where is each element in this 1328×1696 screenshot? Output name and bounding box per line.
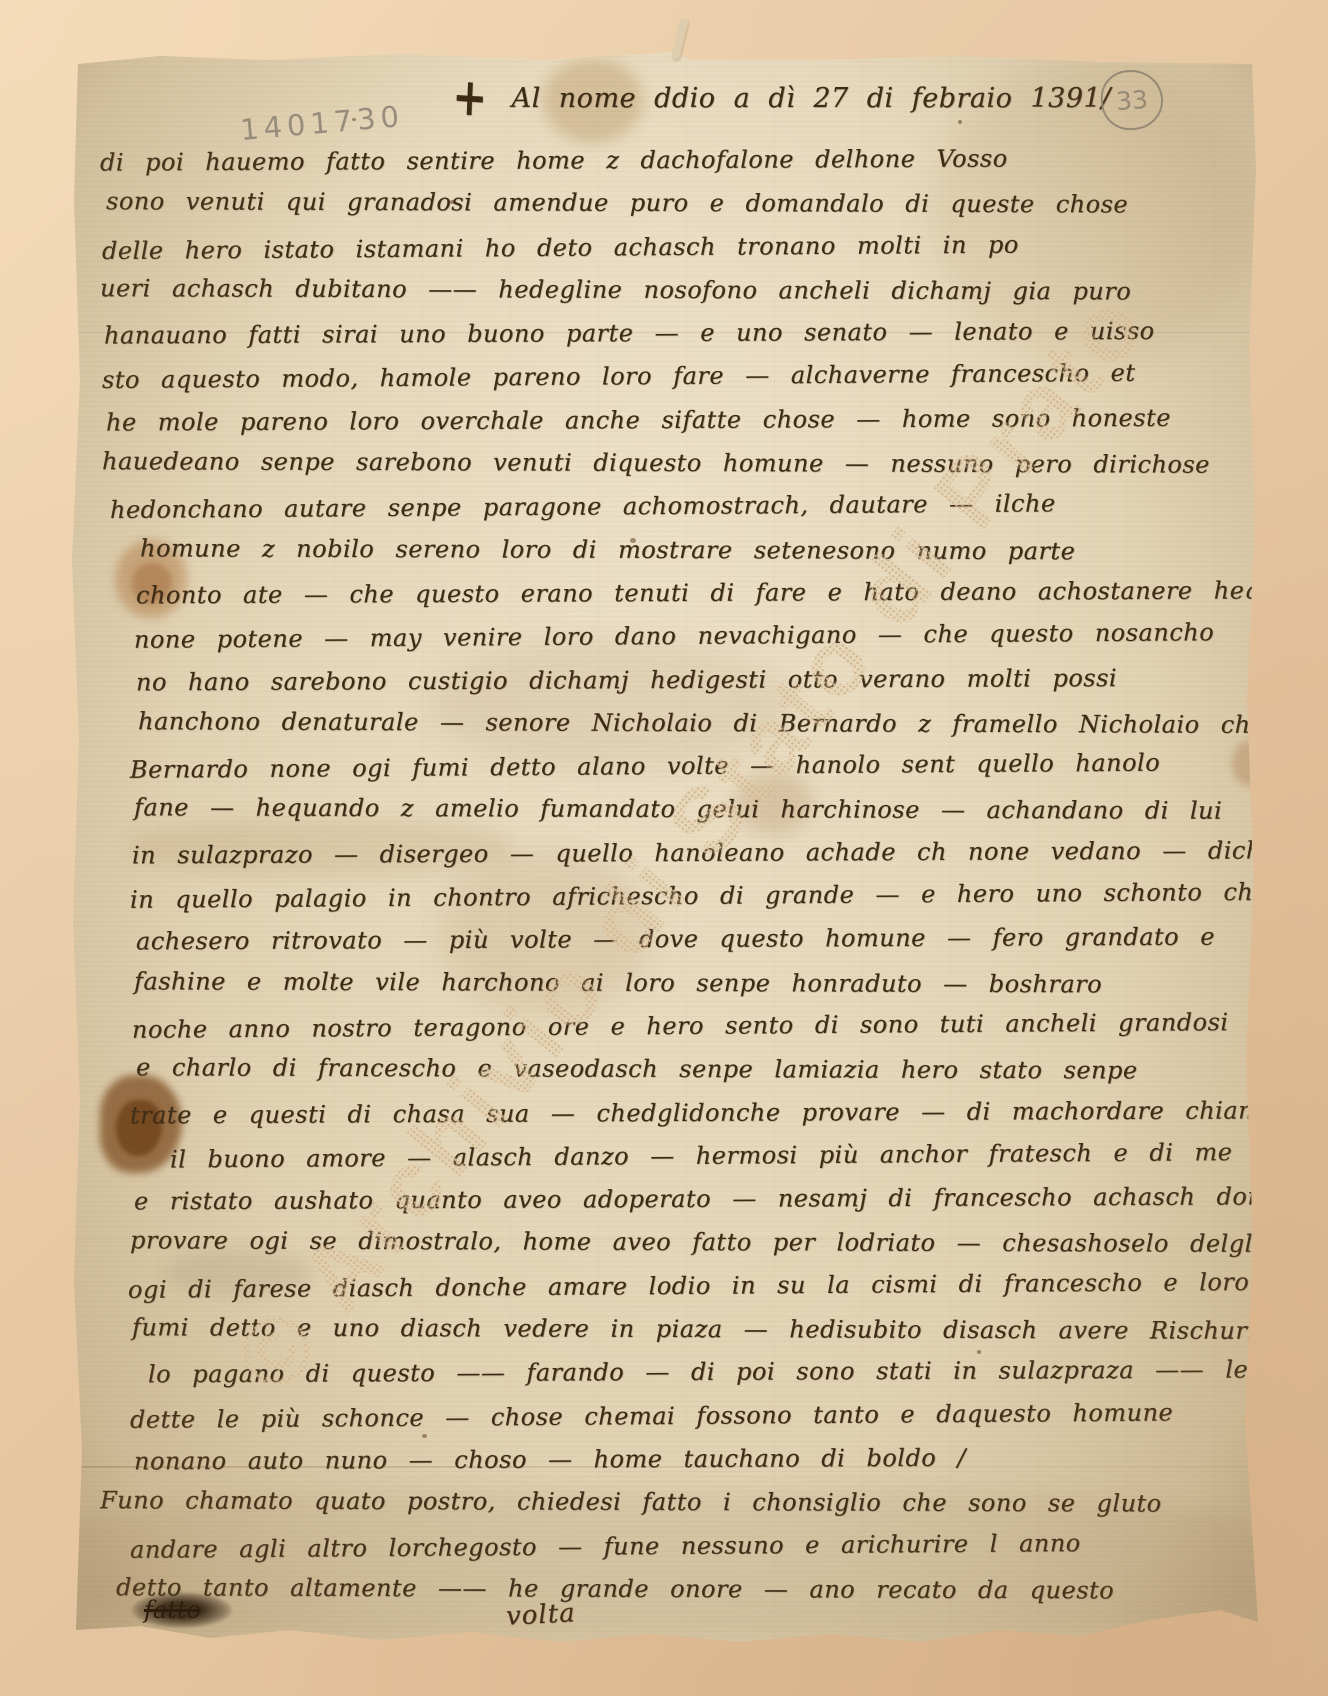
manuscript-line-28: fumi detto e uno diasch vedere in piaza … — [100, 1313, 1252, 1360]
header-dateline: Al nome ddio a dì 27 di febraio 1391/ — [512, 83, 1111, 114]
manuscript-line-18: in quello palagio in chontro africhescho… — [100, 878, 1252, 929]
header-dateline-row: + Al nome ddio a dì 27 di febraio 1391/ — [448, 68, 1111, 128]
archive-number-pencil: 1401730 — [239, 99, 405, 147]
paper-fiber — [671, 18, 689, 61]
manuscript-line-9: hedonchano autare senpe paragone achomos… — [100, 488, 1252, 539]
invocation-cross: + — [451, 67, 488, 129]
manuscript-line-5: hanauano fatti sirai uno buono parte — e… — [100, 317, 1252, 365]
photo-backdrop: + Al nome ddio a dì 27 di febraio 1391/ … — [0, 0, 1328, 1696]
manuscript-line-21: noche anno nostro teragono ore e hero se… — [100, 1008, 1252, 1059]
manuscript-line-10: homune z nobilo sereno loro di mostrare … — [100, 534, 1252, 581]
manuscript-line-2: sono venuti qui granadosi amendue puro e… — [100, 187, 1252, 234]
manuscript-line-25: e ristato aushato quanto aveo adoperato … — [100, 1183, 1252, 1231]
manuscript-line-23: trate e questi di chasa sua — chedglidon… — [100, 1096, 1252, 1144]
manuscript-line-24: il buono amore — alasch danzo — hermosi … — [100, 1138, 1252, 1189]
manuscript-line-22: e charlo di francescho e vaseodasch senp… — [100, 1053, 1252, 1100]
manuscript-line-20: fashine e molte vile harchono ai loro se… — [100, 967, 1252, 1014]
manuscript-line-8: hauedeano senpe sarebono venuti diquesto… — [100, 447, 1252, 494]
manuscript-line-31: nonano auto nuno — choso — home tauchano… — [100, 1442, 1252, 1490]
manuscript-line-32: Funo chamato quato postro, chiedesi fatt… — [100, 1486, 1252, 1533]
manuscript-line-7: he mole pareno loro overchale anche sifa… — [100, 403, 1252, 451]
manuscript-line-15: Bernardo none ogi fumi detto alano volte… — [100, 748, 1252, 799]
manuscript-line-14: hanchono denaturale — senore Nicholaio d… — [100, 707, 1252, 754]
manuscript-line-6: sto aquesto modo, hamole pareno loro far… — [100, 358, 1252, 409]
manuscript-line-16: fane — hequando z amelio fumandato gelui… — [100, 794, 1252, 841]
handwriting-block: di poi hauemo fatto sentire home z dacho… — [100, 146, 1252, 1618]
manuscript-page: + Al nome ddio a dì 27 di febraio 1391/ … — [70, 50, 1260, 1642]
manuscript-line-17: in sulazprazo — disergeo — quello hanole… — [100, 836, 1252, 884]
manuscript-line-13: no hano sarebono custigio dichamj hedige… — [100, 663, 1252, 711]
manuscript-line-34: detto tanto altamente —— he grande onore… — [100, 1573, 1252, 1620]
manuscript-line-29: lo pagano di questo —— farando — di poi … — [100, 1356, 1252, 1404]
manuscript-line-4: ueri achasch dubitano —— hedegline nosof… — [100, 274, 1252, 321]
manuscript-line-26: provare ogi se dimostralo, home aveo fat… — [100, 1227, 1252, 1274]
manuscript-line-1: di poi hauemo fatto sentire home z dacho… — [100, 143, 1252, 191]
manuscript-line-19: achesero ritrovato — più volte — dove qu… — [100, 923, 1252, 971]
manuscript-line-30: dette le più schonce — chose chemai foss… — [100, 1398, 1252, 1449]
page-number: 33 — [1115, 84, 1149, 115]
manuscript-line-3: delle hero istato istamani ho deto achas… — [100, 229, 1252, 280]
manuscript-line-12: none potene — may venire loro dano nevac… — [100, 618, 1252, 669]
struck-word: fatto — [144, 1596, 201, 1624]
manuscript-line-27: ogi di farese diasch donche amare lodio … — [100, 1268, 1252, 1319]
bottom-word-volta: volta — [505, 1598, 576, 1632]
manuscript-line-11: chonto ate — che questo erano tenuti di … — [100, 576, 1252, 624]
manuscript-line-33: andare agli altro lorchegosto — fune nes… — [100, 1527, 1252, 1578]
